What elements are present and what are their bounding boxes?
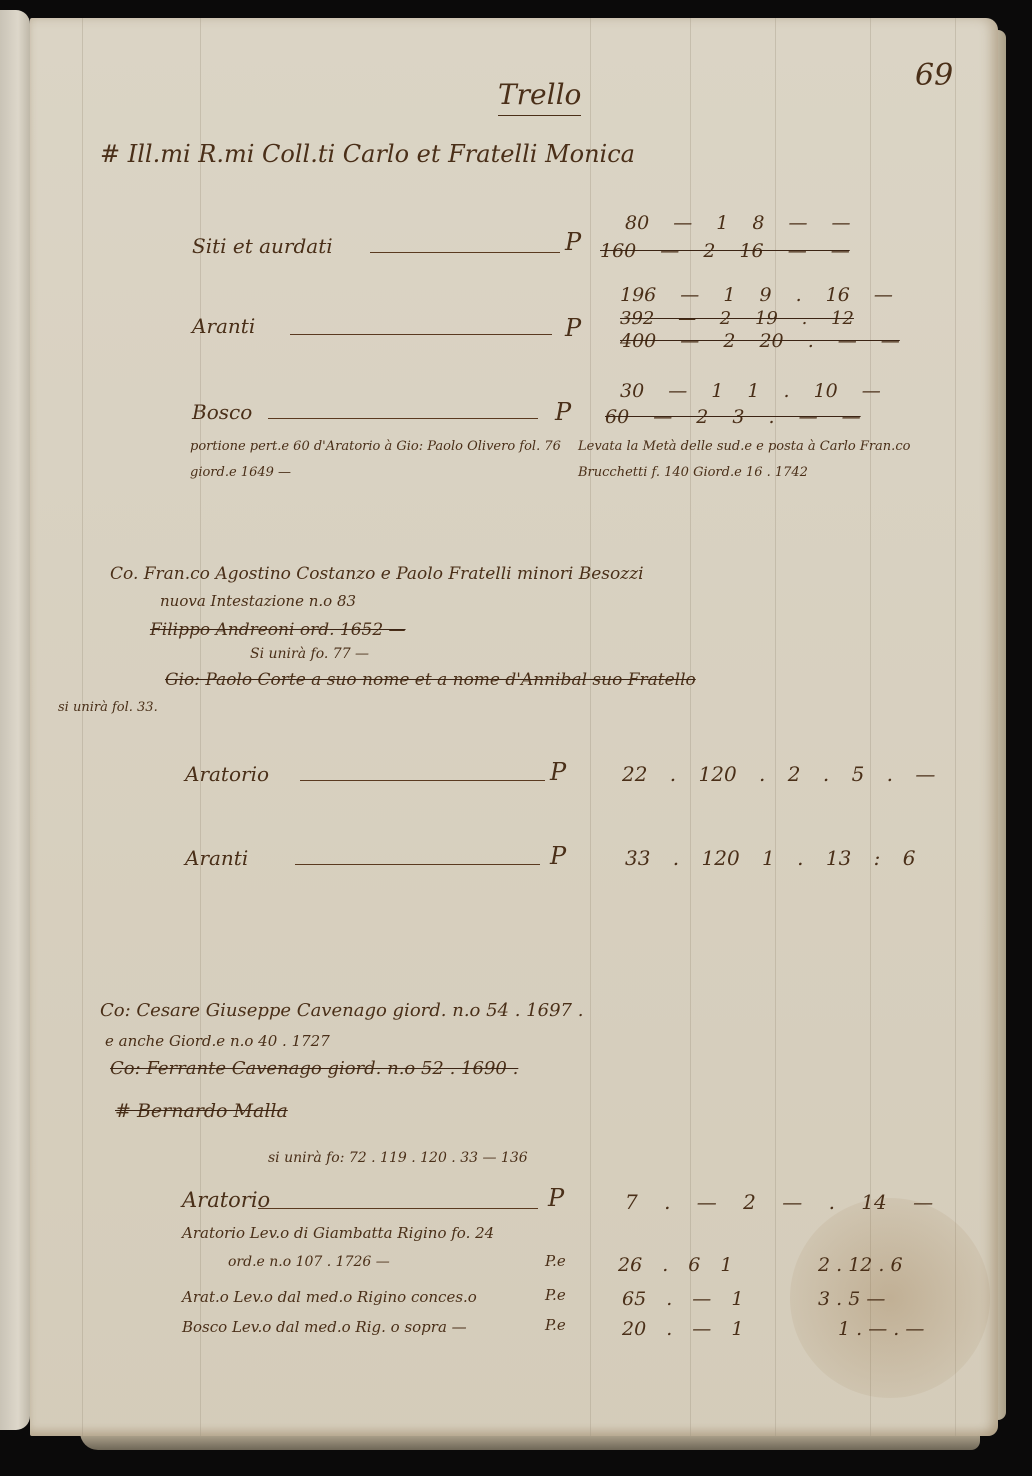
struck-values: 160 — 2 16 — — [600,240,850,262]
section-line: si unirà fo: 72 . 119 . 120 . 33 — 136 [268,1150,528,1166]
section-line: si unirà fol. 33. [58,700,158,715]
unit-mark: P [555,398,571,426]
folio-number: 69 [915,58,953,93]
margin-note: portione pert.e 60 d'Aratorio à Gio: Pao… [190,434,570,486]
entry-label: Siti et aurdati [192,234,333,258]
ruled-line [82,18,83,1436]
entry-values: 2 . 12 . 6 [818,1254,903,1276]
unit-mark: P [550,842,566,870]
left-page-edge [0,10,30,1430]
leader-line [295,864,540,865]
entry-label: Aratorio [182,1188,270,1212]
entry-values: 65 . — 1 [622,1288,743,1310]
entry-label: Aranti [192,314,255,338]
leader-line [268,418,538,419]
entry-values: 196 — 1 9 . 16 — [620,284,893,306]
entry-values: 1 . — . — [838,1318,924,1340]
entry-values: 80 — 1 8 — — [625,212,851,234]
entry-values: 3 . 5 — [818,1288,885,1310]
page-heading: Trello [498,78,581,116]
unit-mark: P [565,314,581,342]
unit-mark: P [565,228,581,256]
section-line: e anche Giord.e n.o 40 . 1727 [105,1032,330,1050]
leader-line [258,1208,538,1209]
section-owner: # Ill.mi R.mi Coll.ti Carlo et Fratelli … [100,140,635,168]
entry-values: 30 — 1 1 . 10 — [620,380,881,402]
ruled-line [590,18,591,1436]
struck-values: 60 — 2 3 . — — [605,406,861,428]
entry-label: Aranti [185,846,248,870]
entry-label: Aratorio [185,762,269,786]
unit-mark: P.e [545,1252,566,1270]
leader-line [370,252,560,253]
section-owner: Co. Fran.co Agostino Costanzo e Paolo Fr… [110,564,644,584]
section-line-struck: # Bernardo Malla [115,1100,288,1122]
struck-values: 400 — 2 20 . — — [620,330,900,352]
struck-values: 392 — 2 19 . 12 [620,308,854,329]
unit-mark: P.e [545,1286,566,1304]
section-line-struck: Gio: Paolo Corte a suo nome et a nome d'… [165,670,696,690]
entry-sub-label: ord.e n.o 107 . 1726 — [228,1254,390,1270]
leader-line [300,780,545,781]
entry-label: Bosco [192,400,252,424]
section-owner: Co: Cesare Giuseppe Cavenago giord. n.o … [100,1000,583,1021]
entry-values: 22 . 120 . 2 . 5 . — [622,762,935,786]
leader-line [290,334,552,335]
section-line-struck: Filippo Andreoni ord. 1652 — [150,620,406,640]
entry-values: 26 . 6 1 [618,1254,733,1276]
manuscript-page [30,18,998,1436]
unit-mark: P [548,1184,564,1212]
unit-mark: P [550,758,566,786]
entry-values: 33 . 120 1 . 13 : 6 [625,846,915,870]
entry-values: 7 . — 2 — . 14 — [625,1190,933,1214]
section-line: Si unirà fo. 77 — [250,646,369,662]
entry-label: Bosco Lev.o dal med.o Rig. o sopra — [182,1318,467,1336]
section-line-struck: Co: Ferrante Cavenago giord. n.o 52 . 16… [110,1058,518,1079]
entry-values: 20 . — 1 [622,1318,743,1340]
entry-label: Aratorio Lev.o di Giambatta Rigino fo. 2… [182,1224,494,1242]
entry-label: Arat.o Lev.o dal med.o Rigino conces.o [182,1288,477,1306]
unit-mark: P.e [545,1316,566,1334]
margin-note: Levata la Metà delle sud.e e posta à Car… [578,434,958,486]
section-line: nuova Intestazione n.o 83 [160,592,356,610]
